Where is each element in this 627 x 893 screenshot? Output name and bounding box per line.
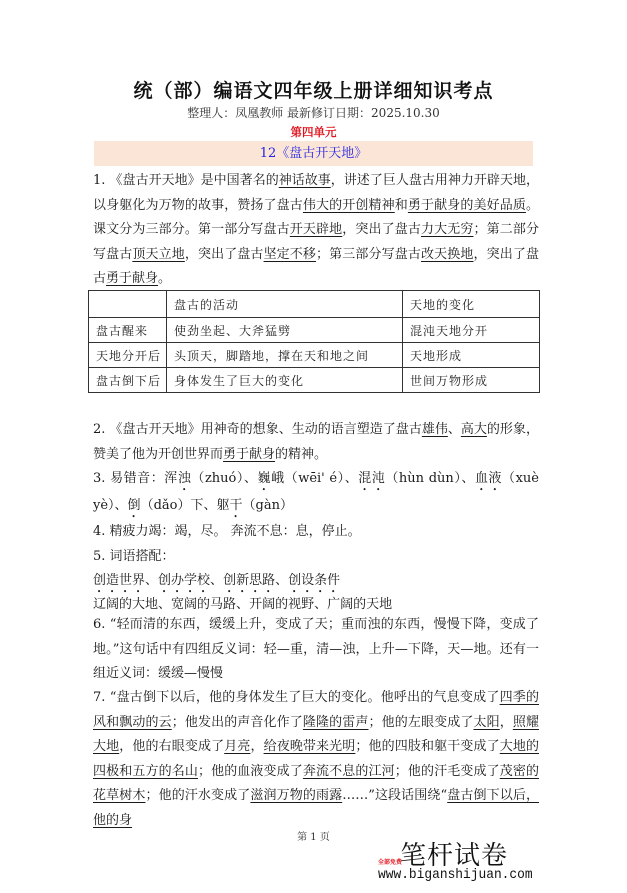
separator: 、 xyxy=(158,597,171,612)
table-header-cell xyxy=(89,291,167,318)
text: 7. “盘古倒下以后，他的身体发生了巨大的变化。他呼出的气息变成了 xyxy=(93,690,500,705)
key-point: 开天辟地 xyxy=(290,222,342,237)
table-cell: 世间万物形成 xyxy=(403,368,540,393)
text: ；他的汗毛变成了 xyxy=(395,764,500,779)
brand-tag: 全部免费 xyxy=(378,857,402,866)
table-cell: 天地分开后 xyxy=(89,343,167,368)
key-point: 滋润万物的雨露 xyxy=(250,788,342,803)
text: ；第三部分写盘古 xyxy=(316,247,421,262)
text: ……”这段话围绕“ xyxy=(342,788,447,803)
table-cell: 盘古倒下后 xyxy=(89,368,167,393)
lesson-heading: 12《盘古开天地》 xyxy=(94,141,533,166)
phrase: 广阔的天地 xyxy=(327,597,392,612)
pinyin: （wēi' é）、 xyxy=(285,471,359,486)
document-subtitle: 整理人：凤凰教师 最新修订日期：2025.10.30 xyxy=(0,104,627,121)
paragraph-3: 3. 易错音：浑浊（zhuó）、巍峨（wēi' é）、混沌（hùn dùn）、血… xyxy=(93,467,539,521)
table-cell: 混沌天地分开 xyxy=(403,318,540,343)
key-point: 力大无穷 xyxy=(421,222,473,237)
text: ， xyxy=(500,715,513,730)
key-point: 神话故事 xyxy=(279,173,331,188)
key-point: 勇于献身的美好品质 xyxy=(408,198,526,213)
table-header-cell: 盘古的活动 xyxy=(167,291,403,318)
emphasized-char: 血液 xyxy=(475,471,502,486)
document-page: 统（部）编语文四年级上册详细知识考点 整理人：凤凰教师 最新修订日期：2025.… xyxy=(0,0,627,893)
separator: 、 xyxy=(275,573,288,588)
text: ，他的右眼变成了 xyxy=(119,739,224,754)
paragraph-5-label: 5. 词语搭配： xyxy=(93,545,175,564)
phrase: 辽阔的大地 xyxy=(93,597,158,612)
emphasized-char: 巍 xyxy=(258,471,272,486)
paragraph-6: 6. “轻而清的东西，缓缓上升，变成了天；重而浊的东西，慢慢下降，变成了地。”这… xyxy=(93,613,539,687)
paragraph-1: 1. 《盘古开天地》是中国著名的神话故事，讲述了巨人盘古用神力开辟天地，以身躯化… xyxy=(93,169,539,292)
key-point: 月亮 xyxy=(224,739,250,754)
key-point: 隆隆的雷声 xyxy=(303,715,369,730)
phrase: 创造世界 xyxy=(93,573,145,588)
phrase: 创办学校 xyxy=(158,573,210,588)
key-point: 雄伟 xyxy=(422,422,448,437)
table-header-row: 盘古的活动 天地的变化 xyxy=(89,291,540,318)
text: 和 xyxy=(395,198,408,213)
phrase: 开阔的视野 xyxy=(249,597,314,612)
document-title: 统（部）编语文四年级上册详细知识考点 xyxy=(0,76,627,103)
unit-heading: 第四单元 xyxy=(0,124,627,140)
separator: 、 xyxy=(210,573,223,588)
table-cell: 天地形成 xyxy=(403,343,540,368)
text: 浑 xyxy=(164,471,178,486)
label: 3. 易错音： xyxy=(93,471,164,486)
phrase: 宽阔的马路 xyxy=(171,597,236,612)
key-point: 奔流不息的江河 xyxy=(303,764,395,779)
key-point: 勇于献身 xyxy=(223,447,275,462)
pinyin: （zhuó）、 xyxy=(191,471,257,486)
table-row: 盘古醒来 使劲坐起、大斧猛劈 混沌天地分开 xyxy=(89,318,540,343)
separator: 、 xyxy=(145,573,158,588)
text: ；他发出的声音化作了 xyxy=(172,715,303,730)
emphasized-char: 混沌 xyxy=(358,471,385,486)
text: ，突出了盘古 xyxy=(342,222,421,237)
table-cell: 头顶天，脚踏地，撑在天和地之间 xyxy=(167,343,403,368)
key-point: 太阳 xyxy=(473,715,499,730)
text: 、 xyxy=(448,422,461,437)
text: 1. 《盘古开天地》是中国著名的 xyxy=(93,173,279,188)
key-point: 改天换地 xyxy=(421,247,473,262)
brand-url: www.biganshijuan.com xyxy=(378,867,533,883)
paragraph-7: 7. “盘古倒下以后，他的身体发生了巨大的变化。他呼出的气息变成了四季的风和飘动… xyxy=(93,686,539,834)
key-point: 坚定不移 xyxy=(264,247,316,262)
text: ；他的左眼变成了 xyxy=(369,715,474,730)
emphasized-char: 浊 xyxy=(178,471,192,486)
text: 躯 xyxy=(216,498,229,513)
text: ；他的四肢和躯干变成了 xyxy=(355,739,499,754)
table-header-cell: 天地的变化 xyxy=(403,291,540,318)
text: ；他的血液变成了 xyxy=(198,764,303,779)
collocation-line-1: 创造世界、创办学校、创新思路、创设条件 xyxy=(93,569,340,596)
page-number: 第 1 页 xyxy=(0,828,627,843)
table-row: 盘古倒下后 身体发生了巨大的变化 世间万物形成 xyxy=(89,368,540,393)
text: ；他的汗水变成了 xyxy=(145,788,250,803)
table-cell: 使劲坐起、大斧猛劈 xyxy=(167,318,403,343)
emphasized-char: 倒 xyxy=(128,498,141,513)
key-point: 顶天立地 xyxy=(132,247,184,262)
pinyin: （dǎo）下、 xyxy=(141,498,217,513)
table-cell: 盘古醒来 xyxy=(89,318,167,343)
separator: 、 xyxy=(314,597,327,612)
text: 2. 《盘古开天地》用神奇的想象、生动的语言塑造了盘古 xyxy=(93,422,422,437)
table-row: 天地分开后 头顶天，脚踏地，撑在天和地之间 天地形成 xyxy=(89,343,540,368)
key-point: 勇于献身 xyxy=(106,271,158,286)
phrase: 创新思路 xyxy=(223,573,275,588)
text: ，突出了盘古 xyxy=(185,247,264,262)
key-point: 伟大的开创精神 xyxy=(303,198,395,213)
phrase: 创设条件 xyxy=(288,573,340,588)
text: 峨 xyxy=(271,471,285,486)
collocation-line-2: 辽阔的大地、宽阔的马路、开阔的视野、广阔的天地 xyxy=(93,593,392,612)
text: 。 xyxy=(158,271,171,286)
pinyin: （hùn dùn）、 xyxy=(385,471,475,486)
key-point: 给夜晚带来光明 xyxy=(264,739,356,754)
pinyin: （gàn） xyxy=(243,498,293,513)
paragraph-4: 4. 精疲力竭：竭，尽。 奔流不息：息，停止。 xyxy=(93,520,361,539)
text: ， xyxy=(250,739,263,754)
paragraph-2: 2. 《盘古开天地》用神奇的想象、生动的语言塑造了盘古雄伟、高大的形象，赞美了他… xyxy=(93,418,539,467)
key-point: 高大 xyxy=(461,422,487,437)
table-cell: 身体发生了巨大的变化 xyxy=(167,368,403,393)
activity-table: 盘古的活动 天地的变化 盘古醒来 使劲坐起、大斧猛劈 混沌天地分开 天地分开后 … xyxy=(88,290,540,393)
separator: 、 xyxy=(236,597,249,612)
text: 的精神。 xyxy=(275,447,327,462)
emphasized-char: 干 xyxy=(229,498,242,513)
